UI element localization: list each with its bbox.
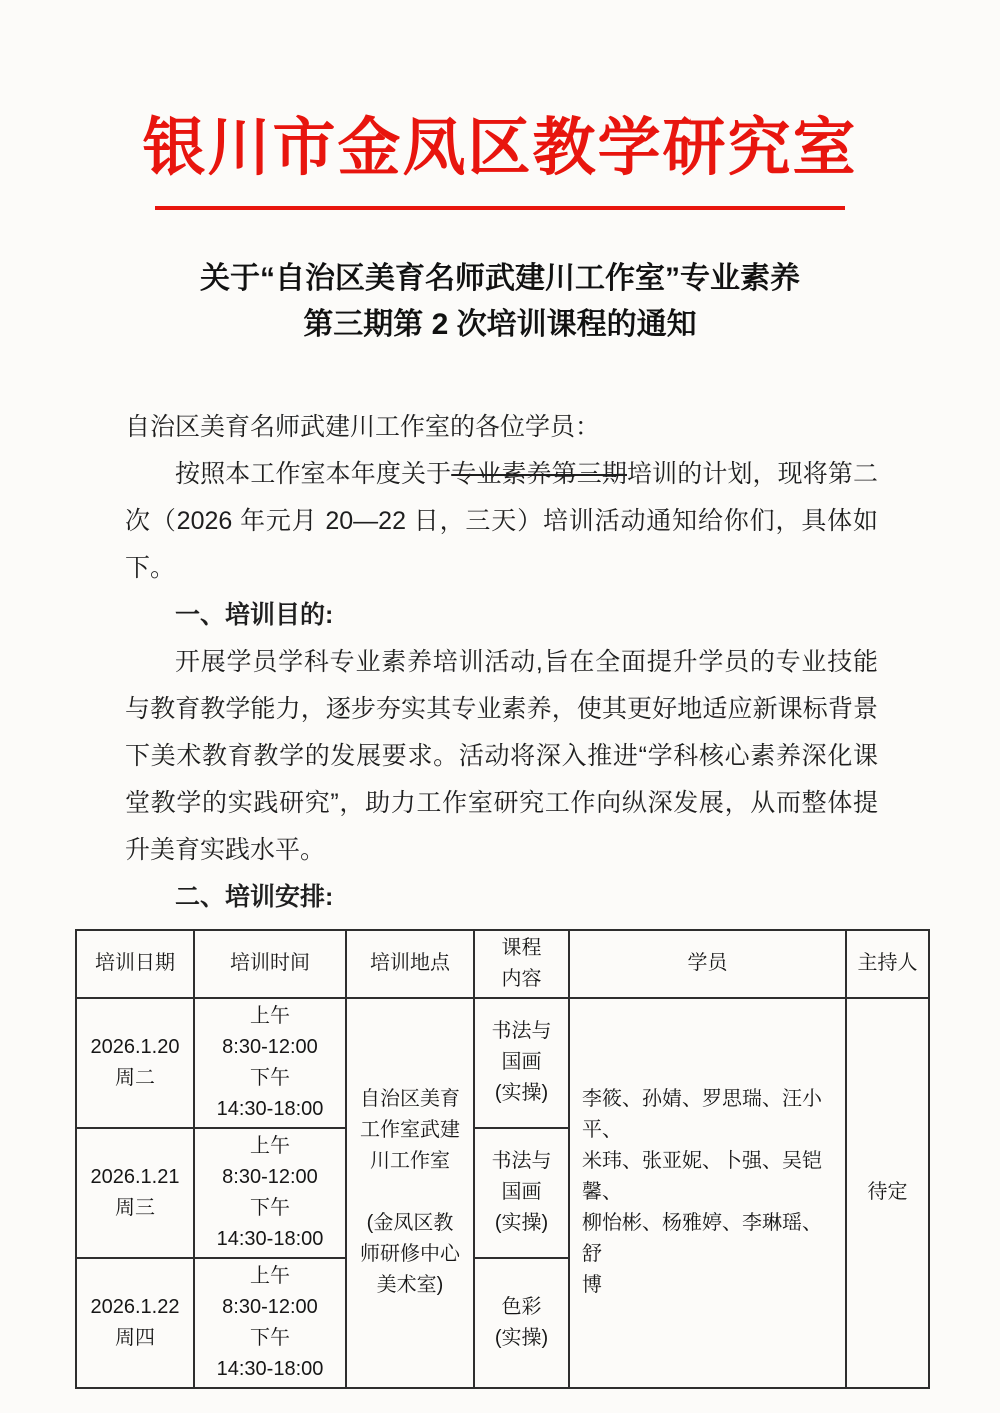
intro-text-before: 按照本工作室本年度关于 xyxy=(175,460,451,488)
training-schedule-table: 培训日期 培训时间 培训地点 课程 内容 学员 主持人 2026.1.20 周二… xyxy=(75,929,930,1389)
section2-heading: 二、培训安排: xyxy=(125,874,878,921)
cell-time-day1: 上午 8:30-12:00 下午 14:30-18:00 xyxy=(194,998,346,1128)
header-cell-course: 课程 内容 xyxy=(474,930,569,998)
table-header-row: 培训日期 培训时间 培训地点 课程 内容 学员 主持人 xyxy=(76,930,929,998)
notice-body: 自治区美育名师武建川工作室的各位学员： 按照本工作室本年度关于专业素养第三期培训… xyxy=(125,404,878,921)
cell-time-day3: 上午 8:30-12:00 下午 14:30-18:00 xyxy=(194,1258,346,1388)
doc-title-line2: 第三期第 2 次培训课程的通知 xyxy=(0,302,1000,348)
header-cell-location: 培训地点 xyxy=(346,930,474,998)
cell-host: 待定 xyxy=(846,998,929,1388)
header-cell-time: 培训时间 xyxy=(194,930,346,998)
cell-date-day3: 2026.1.22 周四 xyxy=(76,1258,194,1388)
salutation: 自治区美育名师武建川工作室的各位学员： xyxy=(125,404,878,451)
header-cell-host: 主持人 xyxy=(846,930,929,998)
struck-text: 专业素养第三期 xyxy=(451,460,627,488)
cell-students: 李筱、孙婧、罗思瑞、汪小平、 米玮、张亚妮、卜强、吴铠馨、 柳怡彬、杨雅婷、李琳… xyxy=(569,998,846,1388)
intro-paragraph: 按照本工作室本年度关于专业素养第三期培训的计划，现将第二次（2026 年元月 2… xyxy=(125,451,878,592)
cell-location: 自治区美育 工作室武建 川工作室 (金凤区教 师研修中心 美术室) xyxy=(346,998,474,1388)
notice-document: 银川市金凤区教学研究室 关于“自治区美育名师武建川工作室”专业素养 第三期第 2… xyxy=(0,0,1000,1413)
cell-course-day3: 色彩 (实操) xyxy=(474,1258,569,1388)
letterhead-divider xyxy=(155,206,845,210)
header-cell-students: 学员 xyxy=(569,930,846,998)
cell-time-day2: 上午 8:30-12:00 下午 14:30-18:00 xyxy=(194,1128,346,1258)
doc-title: 关于“自治区美育名师武建川工作室”专业素养 第三期第 2 次培训课程的通知 xyxy=(0,256,1000,348)
section1-heading: 一、培训目的: xyxy=(125,592,878,639)
org-title: 银川市金凤区教学研究室 xyxy=(0,0,1000,190)
letterhead: 银川市金凤区教学研究室 xyxy=(0,0,1000,210)
cell-course-day2: 书法与 国画 (实操) xyxy=(474,1128,569,1258)
cell-course-day1: 书法与 国画 (实操) xyxy=(474,998,569,1128)
header-cell-date: 培训日期 xyxy=(76,930,194,998)
cell-date-day2: 2026.1.21 周三 xyxy=(76,1128,194,1258)
cell-date-day1: 2026.1.20 周二 xyxy=(76,998,194,1128)
doc-title-line1: 关于“自治区美育名师武建川工作室”专业素养 xyxy=(0,256,1000,302)
section1-paragraph: 开展学员学科专业素养培训活动,旨在全面提升学员的专业技能与教育教学能力，逐步夯实… xyxy=(125,639,878,874)
table-row-day1: 2026.1.20 周二 上午 8:30-12:00 下午 14:30-18:0… xyxy=(76,998,929,1128)
